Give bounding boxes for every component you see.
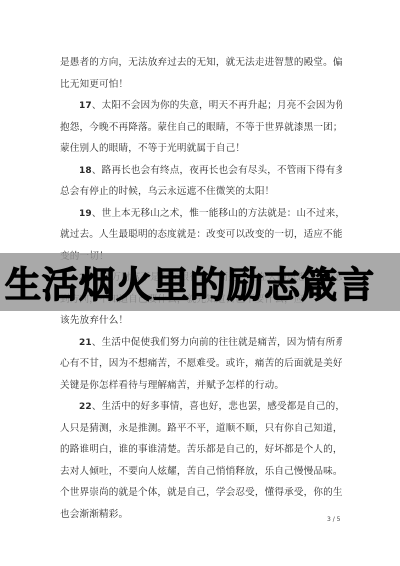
quote-number: 18 xyxy=(79,166,92,176)
banner-title: 生活烟火里的励志箴言 xyxy=(5,257,375,308)
quote-19-line: 19、世上本无移山之术，惟一能移山的方法就是：山不过来，我 xyxy=(60,203,342,225)
text-line: 就过去。人生最聪明的态度就是：改变可以改变的一切，适应不能改 xyxy=(60,224,342,246)
text-line: 心有不甘，因为不想痛苦，不愿难受。或许，痛苦的后面就是美好， xyxy=(60,353,342,375)
text-line: 个世界崇尚的就是个体，就是自己，学会忍受，懂得承受，你的生命 xyxy=(60,482,342,504)
quote-number: 22 xyxy=(79,402,92,412)
document-page: 是愚者的方向，无法放弃过去的无知，就无法走进智慧的殿堂。偏见 比无知更可怕！ 1… xyxy=(0,0,400,566)
quote-17-line: 17、太阳不会因为你的失意，明天不再升起；月亮不会因为你的 xyxy=(60,95,342,117)
quote-number: 21 xyxy=(79,338,92,348)
quote-number: 17 xyxy=(79,101,92,111)
text-line: 蒙住别人的眼睛，不等于光明就属于自己！ xyxy=(60,138,342,160)
text-line: 关键是你怎样看待与理解痛苦，并赋予怎样的行动。 xyxy=(60,375,342,397)
quote-text: 、路再长也会有终点，夜再长也会有尽头，不管雨下得有多大， xyxy=(92,165,342,176)
quote-text: 、太阳不会因为你的失意，明天不再升起；月亮不会因为你的 xyxy=(92,100,342,111)
text-line: 去对人倾吐，不要向人炫耀，苦自己悄悄释放，乐自己慢慢品味。这 xyxy=(60,461,342,483)
text-line: 总会有停止的时候，乌云永远遮不住微笑的太阳！ xyxy=(60,181,342,203)
page-number: 3 / 5 xyxy=(327,516,340,523)
text-line: 是愚者的方向，无法放弃过去的无知，就无法走进智慧的殿堂。偏见 xyxy=(60,52,342,74)
text-line: 的路谁明白，谁的事谁清楚。苦乐都是自己的，好坏都是个人的，别 xyxy=(60,439,342,461)
quote-22-line: 22、生活中的好多事情，喜也好，悲也罢，感受都是自己的，外 xyxy=(60,396,342,418)
text-line: 也会渐渐精彩。 xyxy=(60,504,342,526)
quote-21-line: 21、生活中促使我们努力向前的往往就是痛苦，因为情有所系， xyxy=(60,332,342,354)
text-line: 该先放弃什么！ xyxy=(60,310,342,332)
text-line: 人只是猜测，永是推测。路平不平，道顺不顺，只有你自己知道，谁 xyxy=(60,418,342,440)
title-banner: 生活烟火里的励志箴言 xyxy=(0,253,400,311)
quote-text: 、世上本无移山之术，惟一能移山的方法就是：山不过来，我 xyxy=(92,208,342,219)
text-line: 比无知更可怕！ xyxy=(60,74,342,96)
quote-18-line: 18、路再长也会有终点，夜再长也会有尽头，不管雨下得有多大， xyxy=(60,160,342,182)
text-line: 抱怨，今晚不再降落。蒙住自己的眼睛，不等于世界就漆黑一团； xyxy=(60,117,342,139)
quote-text: 、生活中促使我们努力向前的往往就是痛苦，因为情有所系， xyxy=(92,337,342,348)
quote-text: 、生活中的好多事情，喜也好，悲也罢，感受都是自己的，外 xyxy=(92,401,342,412)
quote-number: 19 xyxy=(79,209,92,219)
